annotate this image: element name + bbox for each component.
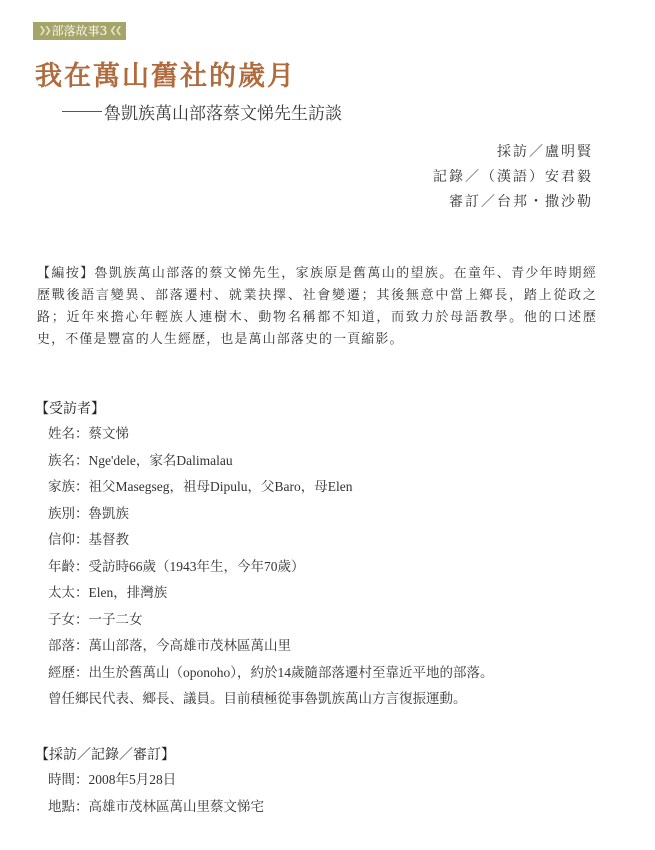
- list-item: 年齡：受訪時66歲（1943年生，今年70歲）: [48, 554, 494, 581]
- interviewee-heading: 【受訪者】: [35, 398, 105, 418]
- interview-heading: 【採訪／記錄／審訂】: [35, 744, 175, 764]
- list-item: 部落：萬山部落，今高雄市茂林區萬山里: [48, 633, 494, 660]
- chevron-right-icon: ❯❯: [39, 22, 50, 40]
- list-item: 姓名：蔡文悌: [48, 421, 494, 448]
- interviewee-list: 姓名：蔡文悌 族名：Nge'dele，家名Dalimalau 家族：祖父Mase…: [48, 421, 494, 713]
- list-item: 時間：2008年5月28日: [48, 767, 264, 794]
- credit-interviewer: 採訪／盧明賢: [433, 140, 593, 165]
- list-item: 族別：魯凱族: [48, 501, 494, 528]
- dash-rule: [62, 111, 102, 112]
- credit-recorder: 記錄／（漢語）安君毅: [433, 165, 593, 190]
- list-item: 太太：Elen，排灣族: [48, 580, 494, 607]
- list-item: 族名：Nge'dele，家名Dalimalau: [48, 448, 494, 475]
- badge-label: 部落故事3: [52, 22, 108, 40]
- page-subtitle: 魯凱族萬山部落蔡文悌先生訪談: [62, 99, 342, 124]
- list-item: 家族：祖父Masegseg，祖母Dipulu，父Baro，母Elen: [48, 474, 494, 501]
- list-item: 經歷：出生於舊萬山（oponoho），約於14歲隨部落遷村至靠近平地的部落。: [48, 660, 494, 687]
- editor-note: 【編按】魯凱族萬山部落的蔡文悌先生，家族原是舊萬山的望族。在童年、青少年時期經歷…: [37, 263, 597, 351]
- section-badge: ❯❯ 部落故事3 ❮❮: [33, 22, 126, 40]
- credits: 採訪／盧明賢 記錄／（漢語）安君毅 審訂／台邦・撒沙勒: [433, 140, 593, 215]
- interview-list: 時間：2008年5月28日 地點：高雄市茂林區萬山里蔡文悌宅: [48, 767, 264, 820]
- credit-reviewer: 審訂／台邦・撒沙勒: [433, 190, 593, 215]
- list-item: 子女：一子二女: [48, 607, 494, 634]
- subtitle-text: 魯凱族萬山部落蔡文悌先生訪談: [104, 99, 342, 124]
- list-item: 地點：高雄市茂林區萬山里蔡文悌宅: [48, 794, 264, 821]
- chevron-left-icon: ❮❮: [109, 22, 120, 40]
- list-item: 信仰：基督教: [48, 527, 494, 554]
- page-title: 我在萬山舊社的歲月: [35, 54, 296, 93]
- list-item: 曾任鄉民代表、鄉長、議員。目前積極從事魯凱族萬山方言復振運動。: [48, 686, 494, 713]
